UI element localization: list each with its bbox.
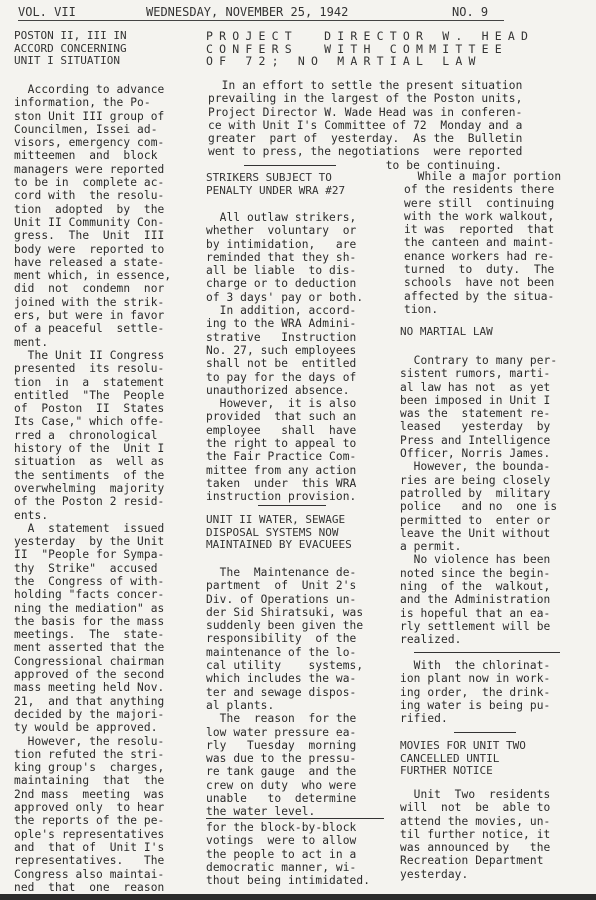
headline-water-sewage: UNIT II WATER, SEWAGE DISPOSAL SYSTEMS N… <box>206 514 352 552</box>
masthead: VOL. VII WEDNESDAY, NOVEMBER 25, 1942 NO… <box>18 4 504 21</box>
article-project-director-continued: While a major portion of the residents t… <box>404 170 561 316</box>
divider <box>244 165 336 166</box>
article-movies: Unit Two residents will not be able to a… <box>400 788 550 881</box>
divider <box>206 818 384 819</box>
divider <box>414 652 560 653</box>
article-project-director-lead: In an effort to settle the present situa… <box>208 79 522 172</box>
article-poston-accord: According to advance information, the Po… <box>14 83 171 894</box>
issue-number: NO. 9 <box>452 5 488 19</box>
issue-date: WEDNESDAY, NOVEMBER 25, 1942 <box>146 5 348 19</box>
volume-label: VOL. VII <box>18 5 76 19</box>
headline-movies: MOVIES FOR UNIT TWO CANCELLED UNTIL FURT… <box>400 740 526 778</box>
article-strikers-penalty: All outlaw strikers, whether voluntary o… <box>206 211 363 504</box>
headline-poston-accord: POSTON II, III IN ACCORD CONCERNING UNIT… <box>14 30 127 68</box>
headline-no-martial-law: NO MARTIAL LAW <box>400 326 493 339</box>
divider <box>258 505 326 506</box>
newspaper-page: VOL. VII WEDNESDAY, NOVEMBER 25, 1942 NO… <box>0 0 596 900</box>
divider <box>454 732 516 733</box>
article-poston-accord-continued: for the block-by-block votings were to a… <box>206 821 370 887</box>
headline-strikers-penalty: STRIKERS SUBJECT TO PENALTY UNDER WRA #2… <box>206 172 345 197</box>
article-water-sewage: The Maintenance de- partment of Unit 2's… <box>206 566 363 819</box>
headline-project-director: PROJECT DIRECTOR W. HEAD CONFERS WITH CO… <box>206 30 534 68</box>
scan-edge <box>0 894 596 900</box>
article-chlorination: With the chlorinat- ion plant now in wor… <box>400 659 550 725</box>
article-no-martial-law: Contrary to many per- sistent rumors, ma… <box>400 354 557 647</box>
